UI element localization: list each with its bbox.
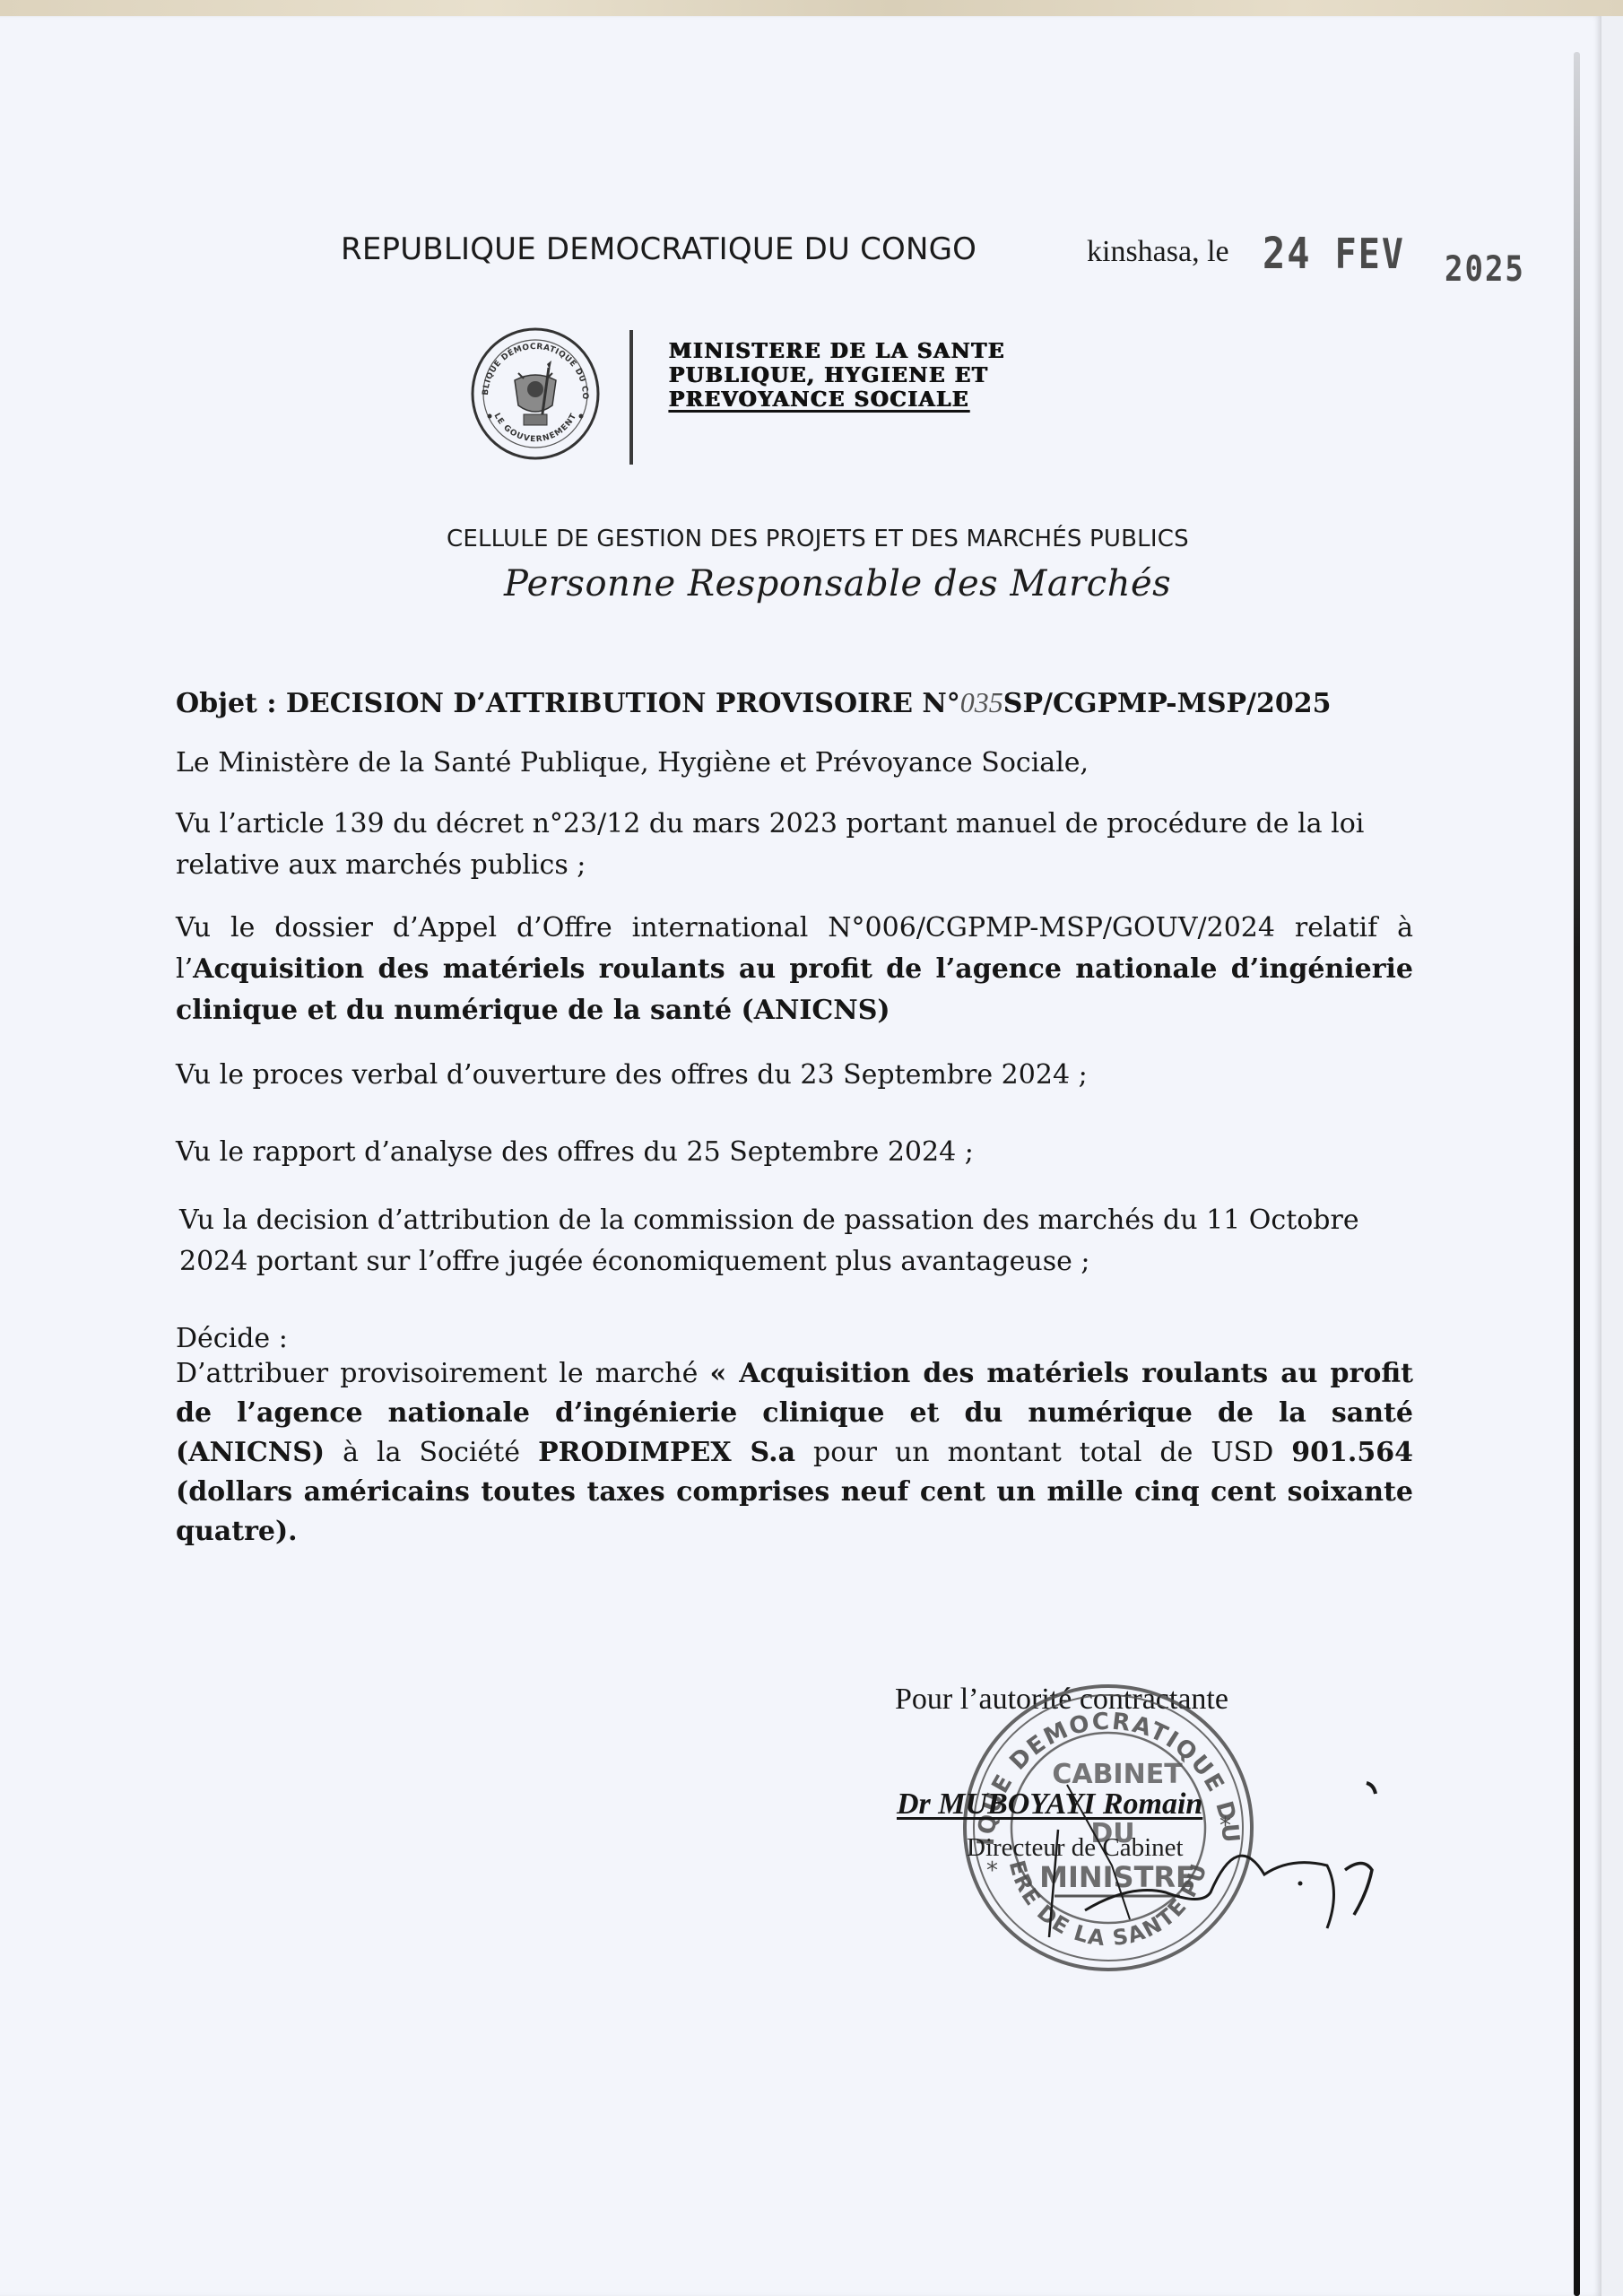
unit-name: CELLULE DE GESTION DES PROJETS ET DES MA… bbox=[447, 526, 1189, 552]
place-prefix: kinshasa, le bbox=[1087, 235, 1229, 269]
vu-tender-paragraph: Vu le dossier d’Appel d’Offre internatio… bbox=[176, 908, 1413, 1031]
object-label: Objet : bbox=[176, 688, 276, 719]
decision-amount-prefix: pour un montant total de USD bbox=[795, 1437, 1291, 1468]
object-title: DECISION D’ATTRIBUTION PROVISOIRE N° bbox=[286, 688, 960, 719]
coat-of-arms-seal-icon: RÉPUBLIQUE DÉMOCRATIQUE DU CONGO LE GOUV… bbox=[468, 326, 603, 461]
ministry-line-2: PUBLIQUE, HYGIENE ET bbox=[669, 363, 1005, 387]
ministry-name: MINISTERE DE LA SANTE PUBLIQUE, HYGIENE … bbox=[669, 339, 1005, 412]
decision-amount: 901.564 bbox=[1291, 1437, 1413, 1468]
object-line: Objet : DECISION D’ATTRIBUTION PROVISOIR… bbox=[176, 682, 1413, 725]
vu-article-paragraph: Vu l’article 139 du décret n°23/12 du ma… bbox=[176, 804, 1413, 886]
scanner-right-margin bbox=[1601, 16, 1623, 2296]
handwritten-signature-icon bbox=[1031, 1758, 1408, 1937]
decision-prefix: D’attribuer provisoirement le marché bbox=[176, 1358, 709, 1389]
page-edge-shadow bbox=[1574, 52, 1580, 2296]
header-divider bbox=[629, 330, 633, 465]
scanner-bed-strip bbox=[0, 0, 1623, 16]
ministry-line-3: PREVOYANCE SOCIALE bbox=[669, 387, 1005, 412]
vu-commission-paragraph: Vu la decision d’attribution de la commi… bbox=[179, 1200, 1417, 1283]
date-stamp: 24 FEV 2025 bbox=[1263, 228, 1525, 278]
vu-tender-subject: Acquisition des matériels roulants au pr… bbox=[176, 953, 1413, 1026]
handwritten-number: 035 bbox=[960, 686, 1003, 718]
ministry-line-1: MINISTERE DE LA SANTE bbox=[669, 339, 1005, 363]
decision-amount-words: (dollars américains toutes taxes compris… bbox=[176, 1476, 1413, 1547]
vu-opening-paragraph: Vu le proces verbal d’ouverture des offr… bbox=[176, 1055, 1413, 1096]
date-stamp-year: 2025 bbox=[1445, 248, 1525, 290]
intro-paragraph: Le Ministère de la Santé Publique, Hygiè… bbox=[176, 743, 1413, 784]
country-heading: REPUBLIQUE DEMOCRATIQUE DU CONGO bbox=[341, 231, 976, 267]
unit-role: Personne Responsable des Marchés bbox=[504, 563, 1171, 604]
decision-to-company: à la Société bbox=[325, 1437, 538, 1468]
date-stamp-month: FEV bbox=[1335, 231, 1405, 279]
vu-analysis-paragraph: Vu le rapport d’analyse des offres du 25… bbox=[176, 1132, 1413, 1173]
object-reference: SP/CGPMP-MSP/2025 bbox=[1003, 688, 1332, 719]
decision-company: PRODIMPEX S.a bbox=[538, 1437, 795, 1468]
date-stamp-day: 24 bbox=[1263, 228, 1312, 278]
decision-paragraph: D’attribuer provisoirement le marché « A… bbox=[176, 1354, 1413, 1552]
